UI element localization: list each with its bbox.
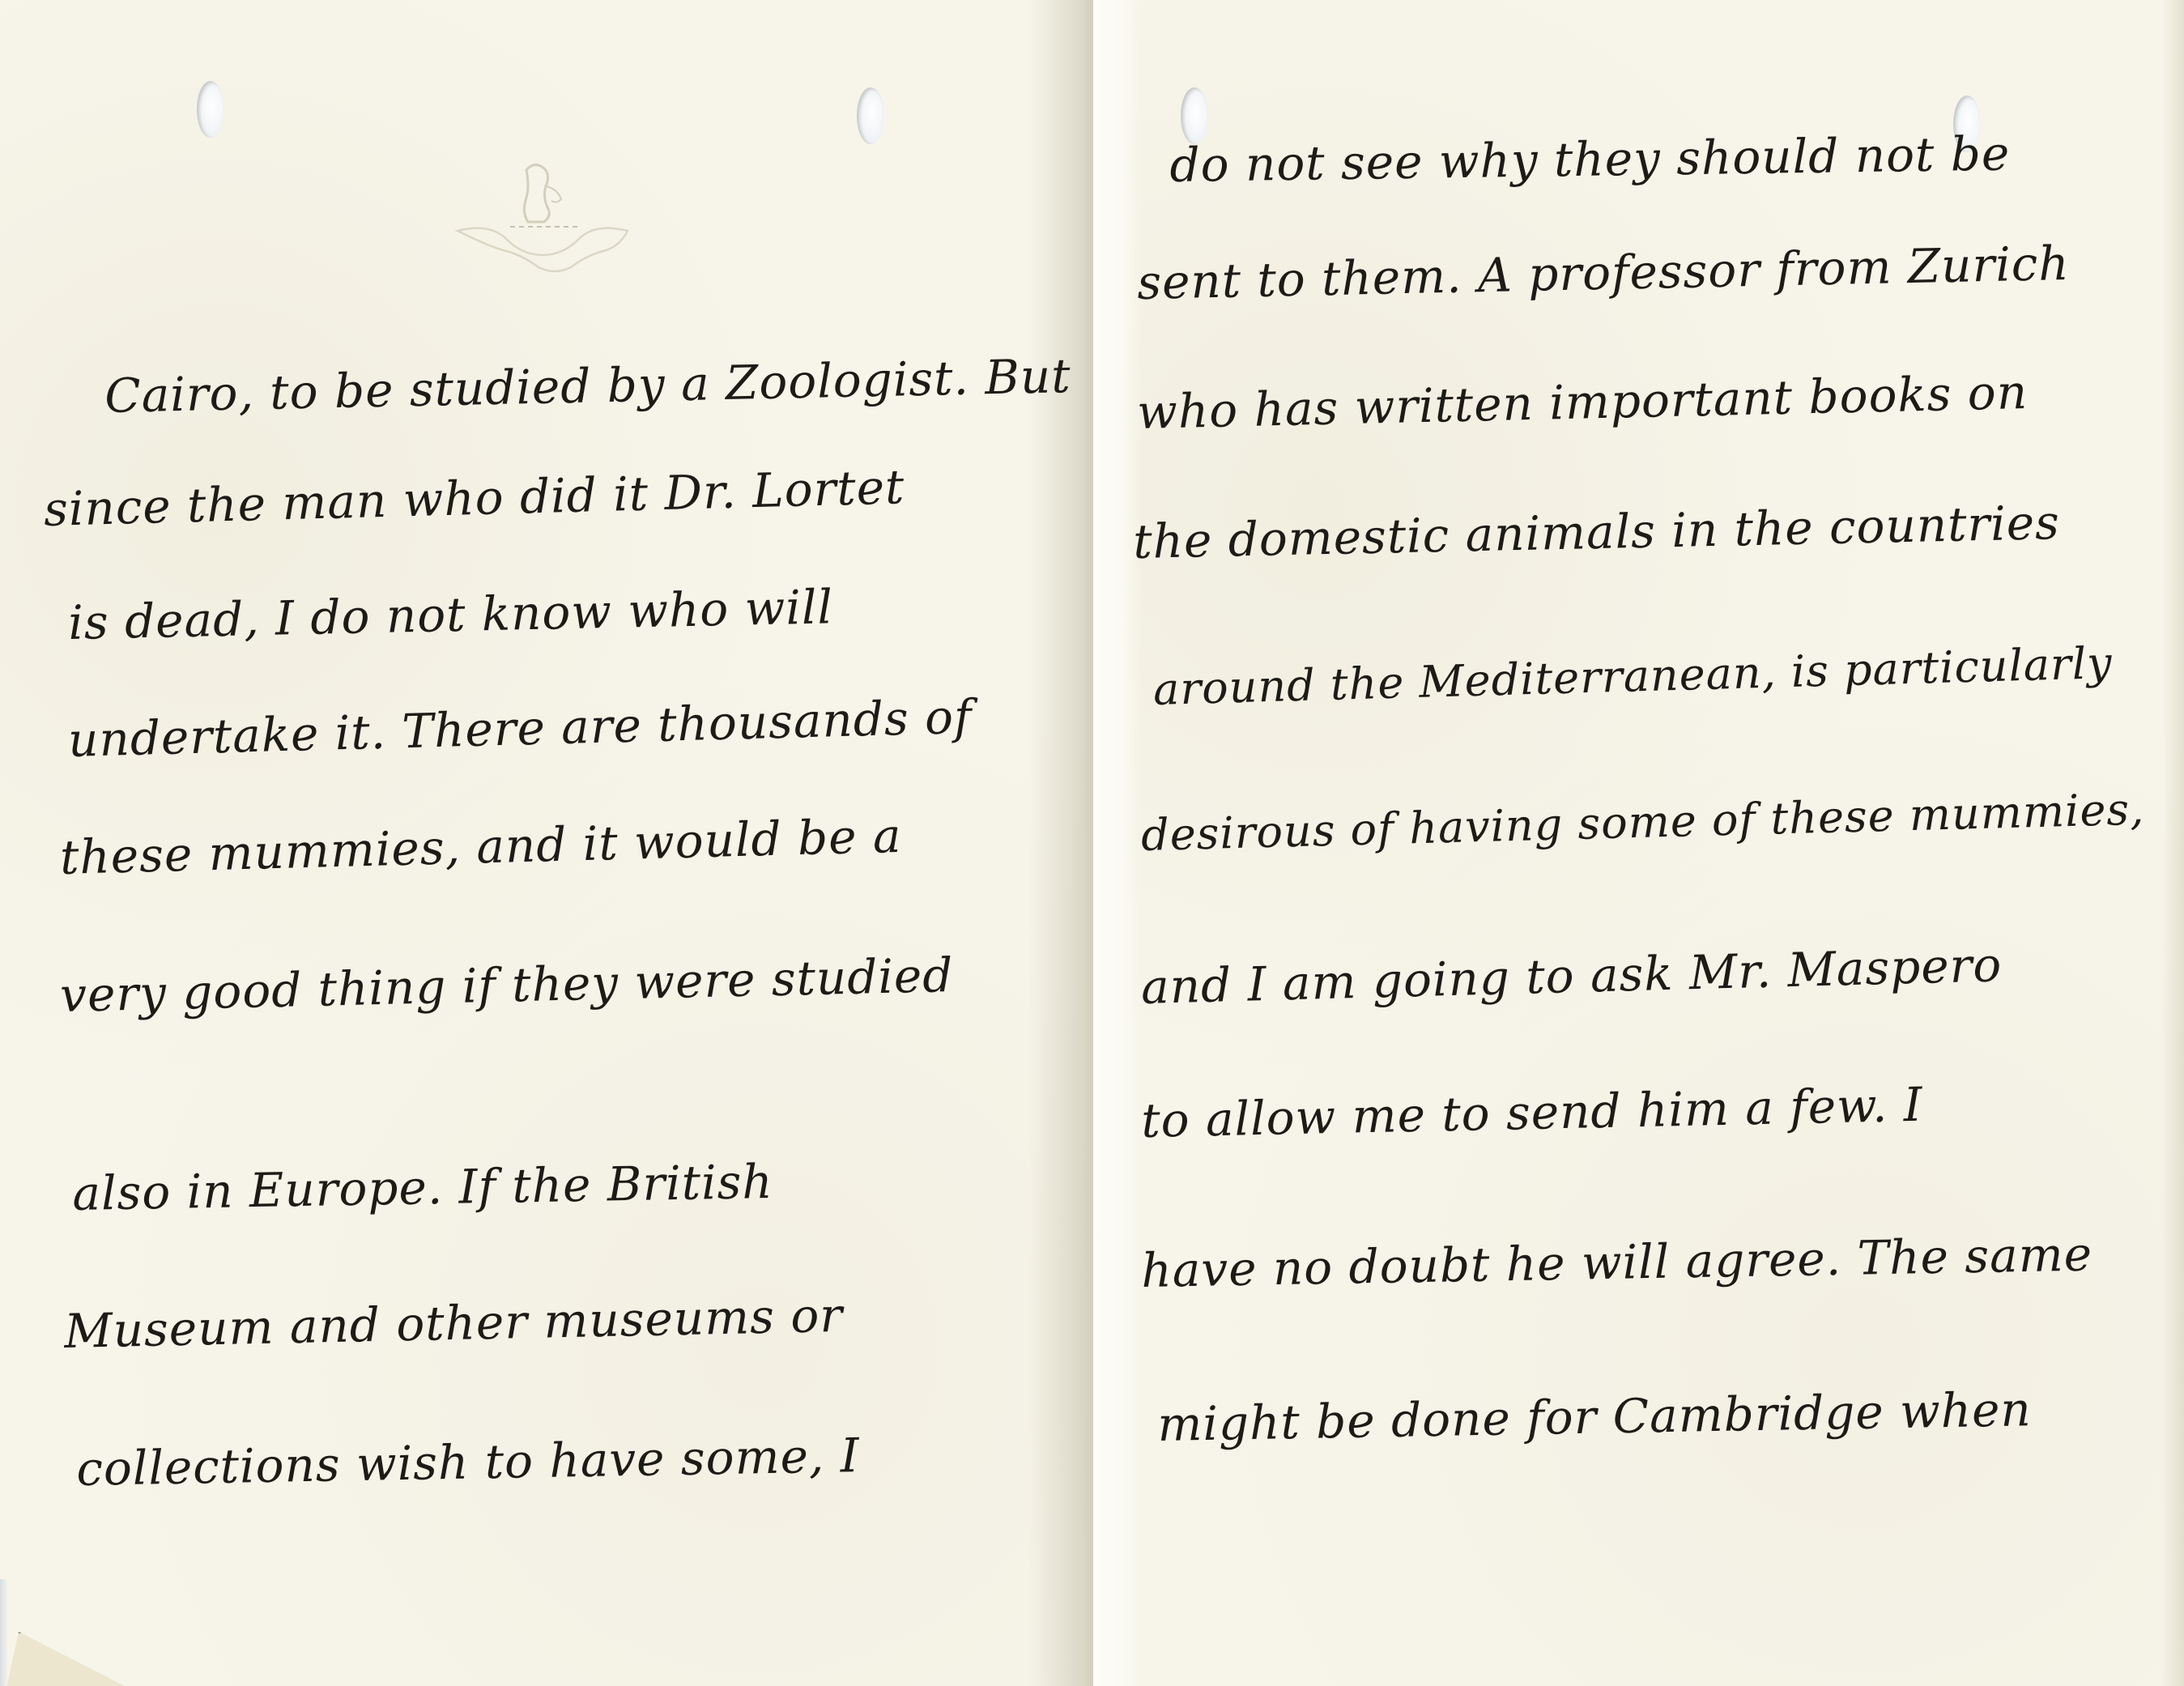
scan-edge [0,1579,8,1686]
punch-hole-left-2 [857,87,884,144]
center-fold-shadow [1028,0,1093,1686]
punch-hole-left-1 [197,81,224,138]
center-fold-gutter [1093,0,1142,1686]
punch-hole-right-1 [1181,87,1208,144]
embossed-crest-icon [449,154,636,275]
right-edge-shadow [2162,0,2184,1686]
letter-line: do not see why they should not be [1169,126,2011,193]
